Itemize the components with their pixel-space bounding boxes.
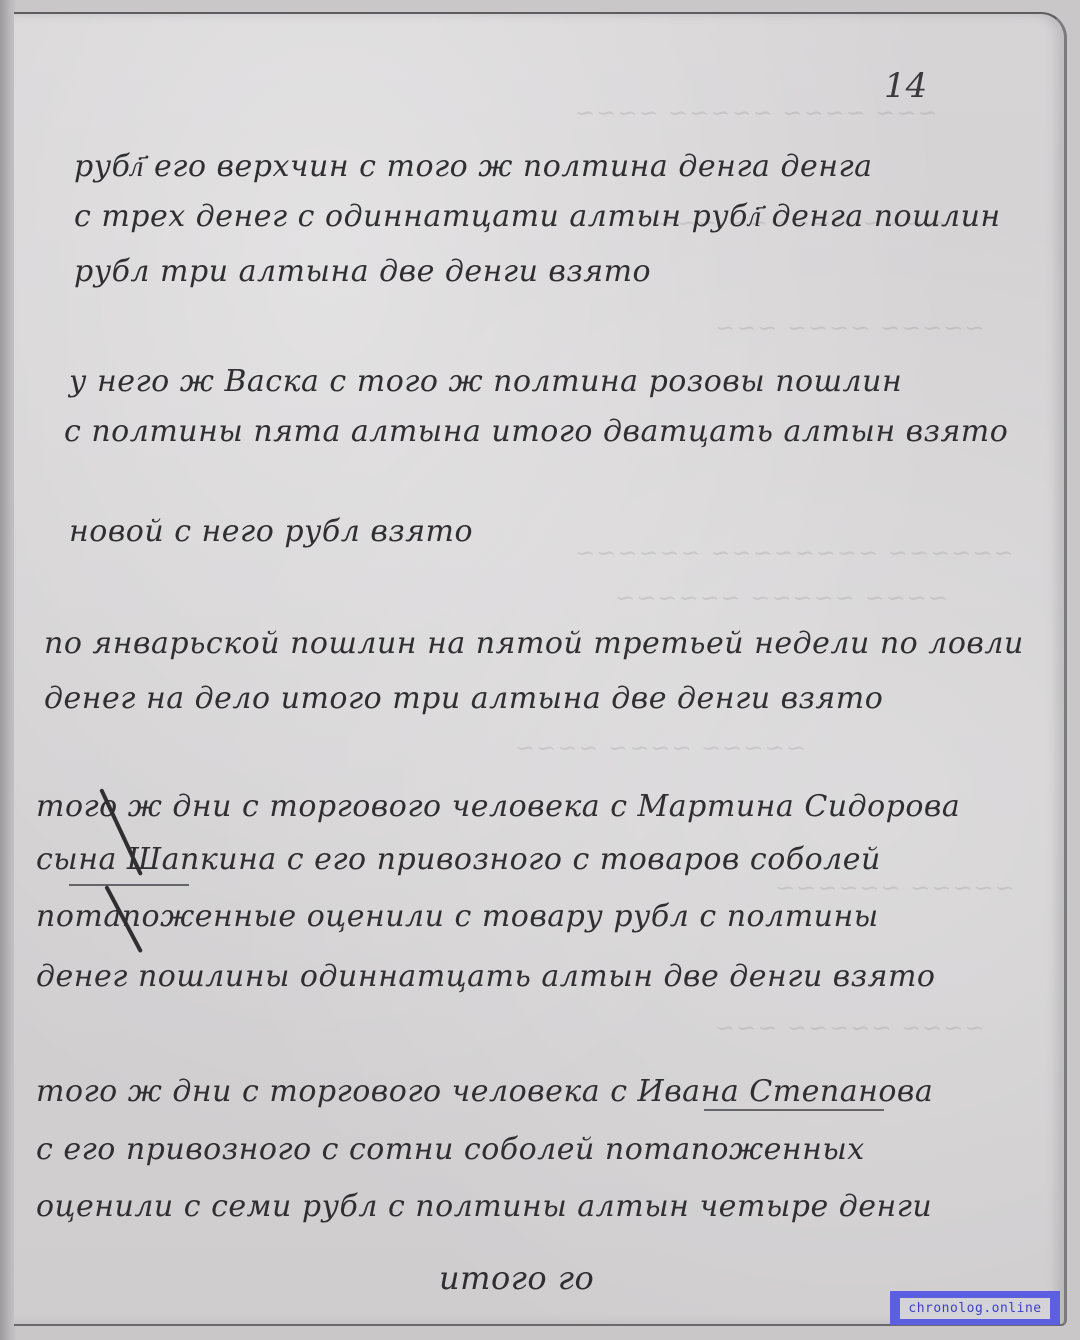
manuscript-page: ~~~ ~~~~ ~~~~~ ~~~~ ~~~~ ~~~~~~ ~~~ ~~~~… <box>14 12 1067 1326</box>
manuscript-line: оценили с семи рубл с полтины алтын четы… <box>36 1189 932 1224</box>
manuscript-line: у него ж Васка с того ж полтина розовы п… <box>69 364 902 399</box>
bleed-through-text: ~~~~~ ~~~~ ~~~ <box>714 314 985 342</box>
manuscript-line: новой с него рубл взято <box>69 514 473 549</box>
watermark: chronolog.online <box>890 1291 1060 1325</box>
manuscript-line: с трех денег с одиннатцати алтын рубл҃ д… <box>74 199 1001 234</box>
manuscript-line: рубл҃ его верхчин с того ж полтина денга… <box>74 149 873 184</box>
folio-number: 14 <box>884 66 927 106</box>
manuscript-line: сына Шапкина с его привозного с товаров … <box>36 842 881 877</box>
manuscript-line: с полтины пята алтына итого дватцать алт… <box>64 414 1008 449</box>
manuscript-line: того ж дни с торгового человека с Мартин… <box>36 789 960 824</box>
bleed-through-text: ~~~~ ~~~~~ ~~~ <box>714 1014 985 1042</box>
bleed-through-text: ~~~~ ~~~~~ ~~~~~~ <box>614 584 948 612</box>
manuscript-line: по январьской пошлин на пятой третьей не… <box>44 626 1024 661</box>
manuscript-line: денег на дело итого три алтына две денги… <box>44 681 883 716</box>
manuscript-line-total: итого го <box>439 1259 594 1297</box>
underline-stroke <box>69 884 189 886</box>
underline-stroke <box>704 1109 884 1111</box>
manuscript-line: рубл три алтына две денги взято <box>74 254 651 289</box>
manuscript-line: с его привозного с сотни соболей потапож… <box>36 1132 865 1167</box>
watermark-text: chronolog.online <box>900 1298 1049 1319</box>
manuscript-line: потапоженные оценили с товару рубл с пол… <box>36 899 879 934</box>
bleed-through-text: ~~~~~ ~~~~ ~~~~ <box>514 734 806 762</box>
manuscript-line: денег пошлины одиннатцать алтын две денг… <box>36 959 936 994</box>
bleed-through-text: ~~~~~~ ~~~~~~~~ ~~~~~~ <box>574 539 1013 567</box>
bleed-through-text: ~~~~~ ~~~~~~ <box>774 874 1015 902</box>
manuscript-line: того ж дни с торгового человека с Ивана … <box>36 1074 933 1109</box>
